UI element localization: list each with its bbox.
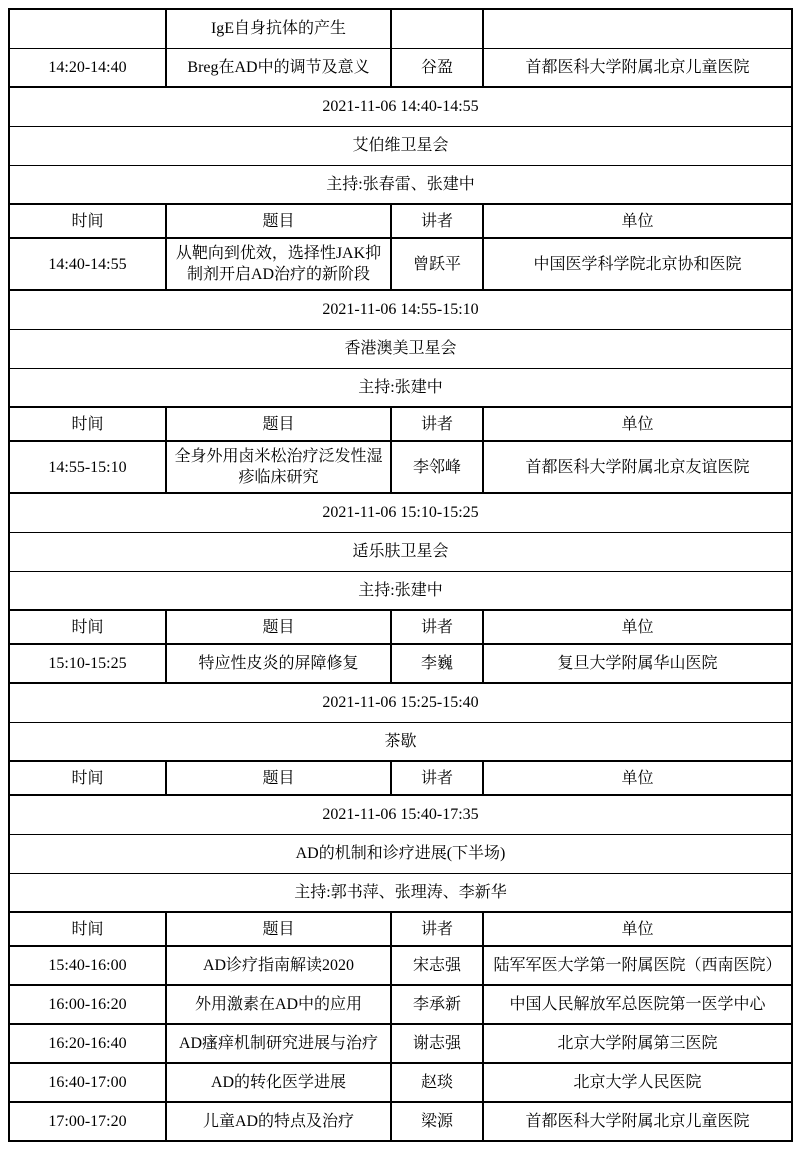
time-cell: 17:00-17:20: [9, 1102, 166, 1141]
section-cell: 2021-11-06 14:40-14:55: [9, 87, 792, 126]
section-cell: 2021-11-06 14:55-15:10: [9, 290, 792, 329]
section-cell: AD的机制和诊疗进展(下半场): [9, 834, 792, 873]
section-row: 茶歇: [9, 722, 792, 761]
column-header-time: 时间: [9, 912, 166, 946]
column-header-speaker: 讲者: [391, 204, 483, 238]
unit-cell: 首都医科大学附属北京友谊医院: [483, 441, 792, 493]
section-row: 2021-11-06 15:10-15:25: [9, 493, 792, 532]
schedule-body: IgE自身抗体的产生14:20-14:40Breg在AD中的调节及意义谷盈首都医…: [9, 9, 792, 1141]
table-row: 16:20-16:40AD瘙痒机制研究进展与治疗谢志强北京大学附属第三医院: [9, 1024, 792, 1063]
section-row: 主持:张春雷、张建中: [9, 165, 792, 204]
title-cell: 特应性皮炎的屏障修复: [166, 644, 391, 683]
column-header-row: 时间题目讲者单位: [9, 204, 792, 238]
title-cell: AD诊疗指南解读2020: [166, 946, 391, 985]
title-cell: AD的转化医学进展: [166, 1063, 391, 1102]
section-row: 2021-11-06 15:40-17:35: [9, 795, 792, 834]
section-row: 艾伯维卫星会: [9, 126, 792, 165]
speaker-cell: 李邻峰: [391, 441, 483, 493]
section-row: AD的机制和诊疗进展(下半场): [9, 834, 792, 873]
table-row: IgE自身抗体的产生: [9, 9, 792, 48]
unit-cell: [483, 9, 792, 48]
unit-cell: 首都医科大学附属北京儿童医院: [483, 1102, 792, 1141]
time-cell: 14:20-14:40: [9, 48, 166, 87]
unit-cell: 北京大学附属第三医院: [483, 1024, 792, 1063]
column-header-speaker: 讲者: [391, 761, 483, 795]
section-cell: 主持:张建中: [9, 571, 792, 610]
speaker-cell: 赵琰: [391, 1063, 483, 1102]
column-header-speaker: 讲者: [391, 610, 483, 644]
column-header-row: 时间题目讲者单位: [9, 407, 792, 441]
conference-schedule-table: IgE自身抗体的产生14:20-14:40Breg在AD中的调节及意义谷盈首都医…: [8, 8, 793, 1142]
section-row: 2021-11-06 15:25-15:40: [9, 683, 792, 722]
title-cell: 儿童AD的特点及治疗: [166, 1102, 391, 1141]
speaker-cell: 曾跃平: [391, 238, 483, 290]
table-row: 14:55-15:10全身外用卤米松治疗泛发性湿疹临床研究李邻峰首都医科大学附属…: [9, 441, 792, 493]
column-header-unit: 单位: [483, 204, 792, 238]
time-cell: 15:10-15:25: [9, 644, 166, 683]
column-header-title: 题目: [166, 912, 391, 946]
column-header-unit: 单位: [483, 407, 792, 441]
section-row: 2021-11-06 14:40-14:55: [9, 87, 792, 126]
column-header-speaker: 讲者: [391, 407, 483, 441]
section-cell: 茶歇: [9, 722, 792, 761]
table-row: 16:40-17:00AD的转化医学进展赵琰北京大学人民医院: [9, 1063, 792, 1102]
section-row: 2021-11-06 14:55-15:10: [9, 290, 792, 329]
unit-cell: 中国医学科学院北京协和医院: [483, 238, 792, 290]
time-cell: 16:20-16:40: [9, 1024, 166, 1063]
column-header-row: 时间题目讲者单位: [9, 912, 792, 946]
column-header-unit: 单位: [483, 610, 792, 644]
title-cell: 外用激素在AD中的应用: [166, 985, 391, 1024]
column-header-row: 时间题目讲者单位: [9, 610, 792, 644]
time-cell: 15:40-16:00: [9, 946, 166, 985]
time-cell: 14:55-15:10: [9, 441, 166, 493]
column-header-time: 时间: [9, 204, 166, 238]
title-cell: IgE自身抗体的产生: [166, 9, 391, 48]
time-cell: [9, 9, 166, 48]
section-cell: 主持:郭书萍、张理涛、李新华: [9, 873, 792, 912]
title-cell: 全身外用卤米松治疗泛发性湿疹临床研究: [166, 441, 391, 493]
section-row: 主持:郭书萍、张理涛、李新华: [9, 873, 792, 912]
table-row: 14:40-14:55从靶向到优效，选择性JAK抑制剂开启AD治疗的新阶段曾跃平…: [9, 238, 792, 290]
column-header-title: 题目: [166, 610, 391, 644]
speaker-cell: 谷盈: [391, 48, 483, 87]
column-header-unit: 单位: [483, 912, 792, 946]
speaker-cell: 李巍: [391, 644, 483, 683]
column-header-row: 时间题目讲者单位: [9, 761, 792, 795]
section-cell: 艾伯维卫星会: [9, 126, 792, 165]
section-row: 适乐肤卫星会: [9, 532, 792, 571]
column-header-unit: 单位: [483, 761, 792, 795]
column-header-time: 时间: [9, 407, 166, 441]
unit-cell: 首都医科大学附属北京儿童医院: [483, 48, 792, 87]
column-header-speaker: 讲者: [391, 912, 483, 946]
section-row: 香港澳美卫星会: [9, 329, 792, 368]
table-row: 15:10-15:25特应性皮炎的屏障修复李巍复旦大学附属华山医院: [9, 644, 792, 683]
unit-cell: 中国人民解放军总医院第一医学中心: [483, 985, 792, 1024]
section-cell: 适乐肤卫星会: [9, 532, 792, 571]
speaker-cell: 宋志强: [391, 946, 483, 985]
section-cell: 2021-11-06 15:40-17:35: [9, 795, 792, 834]
column-header-time: 时间: [9, 610, 166, 644]
section-row: 主持:张建中: [9, 368, 792, 407]
unit-cell: 北京大学人民医院: [483, 1063, 792, 1102]
speaker-cell: 梁源: [391, 1102, 483, 1141]
table-row: 15:40-16:00AD诊疗指南解读2020宋志强陆军军医大学第一附属医院（西…: [9, 946, 792, 985]
column-header-time: 时间: [9, 761, 166, 795]
column-header-title: 题目: [166, 761, 391, 795]
speaker-cell: 李承新: [391, 985, 483, 1024]
column-header-title: 题目: [166, 407, 391, 441]
time-cell: 14:40-14:55: [9, 238, 166, 290]
time-cell: 16:00-16:20: [9, 985, 166, 1024]
title-cell: AD瘙痒机制研究进展与治疗: [166, 1024, 391, 1063]
section-cell: 香港澳美卫星会: [9, 329, 792, 368]
speaker-cell: [391, 9, 483, 48]
table-row: 16:00-16:20外用激素在AD中的应用李承新中国人民解放军总医院第一医学中…: [9, 985, 792, 1024]
section-row: 主持:张建中: [9, 571, 792, 610]
section-cell: 2021-11-06 15:25-15:40: [9, 683, 792, 722]
table-row: 14:20-14:40Breg在AD中的调节及意义谷盈首都医科大学附属北京儿童医…: [9, 48, 792, 87]
time-cell: 16:40-17:00: [9, 1063, 166, 1102]
unit-cell: 复旦大学附属华山医院: [483, 644, 792, 683]
section-cell: 2021-11-06 15:10-15:25: [9, 493, 792, 532]
unit-cell: 陆军军医大学第一附属医院（西南医院）: [483, 946, 792, 985]
table-row: 17:00-17:20儿童AD的特点及治疗梁源首都医科大学附属北京儿童医院: [9, 1102, 792, 1141]
speaker-cell: 谢志强: [391, 1024, 483, 1063]
column-header-title: 题目: [166, 204, 391, 238]
title-cell: Breg在AD中的调节及意义: [166, 48, 391, 87]
section-cell: 主持:张建中: [9, 368, 792, 407]
title-cell: 从靶向到优效，选择性JAK抑制剂开启AD治疗的新阶段: [166, 238, 391, 290]
section-cell: 主持:张春雷、张建中: [9, 165, 792, 204]
